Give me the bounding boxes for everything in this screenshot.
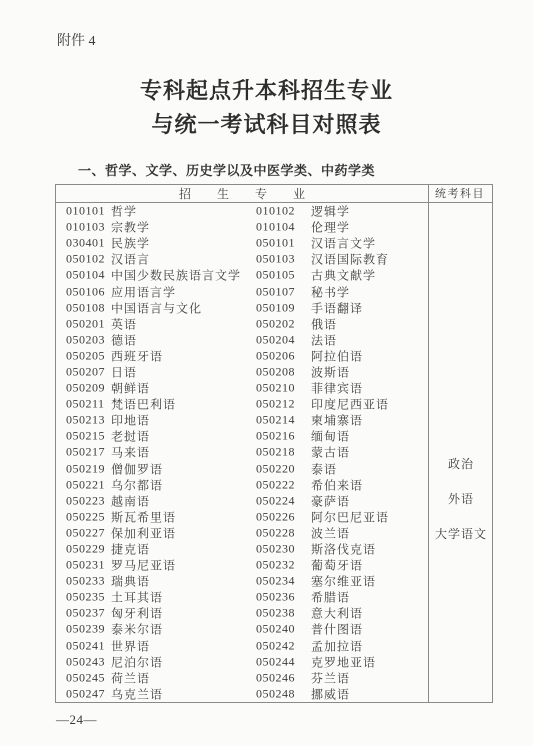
major-code: 050226 xyxy=(256,509,295,524)
major-code: 050219 xyxy=(66,461,105,476)
major-name: 泰语 xyxy=(311,460,337,477)
table-row: 050207日语050208波斯语 xyxy=(56,364,428,380)
major-code: 050205 xyxy=(66,348,105,363)
major-name: 伦理学 xyxy=(311,219,350,236)
major-code: 050109 xyxy=(256,300,295,315)
major-code: 050225 xyxy=(66,509,105,524)
major-name: 波兰语 xyxy=(311,524,350,541)
table-row: 050104中国少数民族语言文学050105古典文献学 xyxy=(56,267,428,283)
table-row: 050106应用语言学050107秘书学 xyxy=(56,283,428,299)
major-name: 秘书学 xyxy=(311,283,350,300)
major-name: 斯瓦希里语 xyxy=(111,508,176,525)
table-row: 050102汉语言050103汉语国际教育 xyxy=(56,251,428,267)
major-code: 050232 xyxy=(256,558,295,573)
major-name: 挪威语 xyxy=(311,685,350,702)
major-code: 050241 xyxy=(66,638,105,653)
major-name: 菲律宾语 xyxy=(311,380,363,397)
major-code: 050240 xyxy=(256,622,295,637)
major-code: 050107 xyxy=(256,284,295,299)
page-number: —24— xyxy=(56,712,97,728)
major-name: 匈牙利语 xyxy=(111,605,163,622)
major-code: 050216 xyxy=(256,429,295,444)
table-row: 050225斯瓦希里语050226阿尔巴尼亚语 xyxy=(56,509,428,525)
major-code: 050222 xyxy=(256,477,295,492)
major-name: 英语 xyxy=(111,315,137,332)
major-name: 荷兰语 xyxy=(111,669,150,686)
major-name: 缅甸语 xyxy=(311,428,350,445)
major-code: 050248 xyxy=(256,686,295,701)
major-name: 斯洛伐克语 xyxy=(311,541,376,558)
major-name: 普什图语 xyxy=(311,621,363,638)
major-code: 050217 xyxy=(66,445,105,460)
major-name: 希伯来语 xyxy=(311,476,363,493)
major-name: 德语 xyxy=(111,331,137,348)
major-name: 日语 xyxy=(111,363,137,380)
major-name: 豪萨语 xyxy=(311,492,350,509)
major-name: 尼泊尔语 xyxy=(111,653,163,670)
majors-table: 招生专业 统考科目 010101哲学010102逻辑学010103宗教学0101… xyxy=(55,184,493,703)
major-name: 芬兰语 xyxy=(311,669,350,686)
table-row: 050227保加利亚语050228波兰语 xyxy=(56,525,428,541)
major-code: 050206 xyxy=(256,348,295,363)
major-code: 050215 xyxy=(66,429,105,444)
major-code: 050233 xyxy=(66,574,105,589)
major-name: 保加利亚语 xyxy=(111,524,176,541)
major-code: 050201 xyxy=(66,316,105,331)
major-name: 塞尔维亚语 xyxy=(311,573,376,590)
major-name: 乌克兰语 xyxy=(111,685,163,702)
major-code: 050235 xyxy=(66,590,105,605)
major-code: 050214 xyxy=(256,413,295,428)
major-name: 朝鲜语 xyxy=(111,380,150,397)
major-code: 050234 xyxy=(256,574,295,589)
major-name: 泰米尔语 xyxy=(111,621,163,638)
major-name: 捷克语 xyxy=(111,541,150,558)
major-code: 010102 xyxy=(256,204,295,219)
major-code: 050245 xyxy=(66,670,105,685)
major-name: 波斯语 xyxy=(311,363,350,380)
subjects-column: 政治 外语 大学语文 xyxy=(429,203,493,702)
table-row: 050209朝鲜语050210菲律宾语 xyxy=(56,380,428,396)
major-code: 050224 xyxy=(256,493,295,508)
major-name: 世界语 xyxy=(111,637,150,654)
major-code: 050229 xyxy=(66,542,105,557)
major-name: 老挝语 xyxy=(111,428,150,445)
table-row: 050217马来语050218蒙古语 xyxy=(56,444,428,460)
major-name: 土耳其语 xyxy=(111,589,163,606)
major-name: 罗马尼亚语 xyxy=(111,557,176,574)
major-code: 050247 xyxy=(66,686,105,701)
attachment-label: 附件 4 xyxy=(57,30,96,50)
major-code: 050106 xyxy=(66,284,105,299)
major-code: 050213 xyxy=(66,413,105,428)
major-code: 050218 xyxy=(256,445,295,460)
major-name: 梵语巴利语 xyxy=(111,396,176,413)
table-row: 050201英语050202俄语 xyxy=(56,316,428,332)
table-row: 050108中国语言与文化050109手语翻译 xyxy=(56,300,428,316)
major-code: 050242 xyxy=(256,638,295,653)
major-code: 050204 xyxy=(256,332,295,347)
major-name: 民族学 xyxy=(111,235,150,252)
major-code: 050209 xyxy=(66,381,105,396)
major-name: 中国少数民族语言文学 xyxy=(111,267,241,284)
major-name: 手语翻译 xyxy=(311,299,363,316)
major-code: 050230 xyxy=(256,542,295,557)
table-row: 050241世界语050242孟加拉语 xyxy=(56,638,428,654)
major-code: 010103 xyxy=(66,220,105,235)
table-row: 050239泰米尔语050240普什图语 xyxy=(56,621,428,637)
table-rows: 010101哲学010102逻辑学010103宗教学010104伦理学03040… xyxy=(56,203,428,702)
major-name: 乌尔都语 xyxy=(111,476,163,493)
major-name: 僧伽罗语 xyxy=(111,460,163,477)
table-row: 010101哲学010102逻辑学 xyxy=(56,203,428,219)
major-code: 050246 xyxy=(256,670,295,685)
major-code: 050101 xyxy=(256,236,295,251)
table-row: 050213印地语050214柬埔寨语 xyxy=(56,412,428,428)
major-code: 050210 xyxy=(256,381,295,396)
major-name: 孟加拉语 xyxy=(311,637,363,654)
document-page: 附件 4 专科起点升本科招生专业 与统一考试科目对照表 一、哲学、文学、历史学以… xyxy=(0,0,533,746)
header-enrollment-majors: 招生专业 xyxy=(56,185,428,202)
major-name: 克罗地亚语 xyxy=(311,653,376,670)
major-code: 010104 xyxy=(256,220,295,235)
document-title: 专科起点升本科招生专业 与统一考试科目对照表 xyxy=(0,74,533,142)
major-code: 050239 xyxy=(66,622,105,637)
major-name: 蒙古语 xyxy=(311,444,350,461)
table-row: 050231罗马尼亚语050232葡萄牙语 xyxy=(56,557,428,573)
major-name: 西班牙语 xyxy=(111,347,163,364)
table-row: 050203德语050204法语 xyxy=(56,332,428,348)
table-row: 050219僧伽罗语050220泰语 xyxy=(56,461,428,477)
major-code: 050203 xyxy=(66,332,105,347)
major-code: 050238 xyxy=(256,606,295,621)
major-name: 葡萄牙语 xyxy=(311,557,363,574)
major-name: 印度尼西亚语 xyxy=(311,396,389,413)
major-name: 法语 xyxy=(311,331,337,348)
major-code: 050223 xyxy=(66,493,105,508)
major-code: 050220 xyxy=(256,461,295,476)
major-name: 阿尔巴尼亚语 xyxy=(311,508,389,525)
major-code: 050105 xyxy=(256,268,295,283)
major-name: 希腊语 xyxy=(311,589,350,606)
major-code: 050208 xyxy=(256,364,295,379)
table-row: 050215老挝语050216缅甸语 xyxy=(56,428,428,444)
table-row: 050233瑞典语050234塞尔维亚语 xyxy=(56,573,428,589)
major-code: 050103 xyxy=(256,252,295,267)
major-code: 050243 xyxy=(66,654,105,669)
major-code: 050221 xyxy=(66,477,105,492)
major-code: 050211 xyxy=(66,397,105,412)
major-name: 逻辑学 xyxy=(311,203,350,220)
major-code: 050212 xyxy=(256,397,295,412)
header-unified-exam-subjects: 统考科目 xyxy=(428,185,492,202)
title-line-1: 专科起点升本科招生专业 xyxy=(0,74,533,108)
major-name: 印地语 xyxy=(111,412,150,429)
major-code: 050237 xyxy=(66,606,105,621)
major-code: 050228 xyxy=(256,525,295,540)
table-row: 050243尼泊尔语050244克罗地亚语 xyxy=(56,654,428,670)
major-name: 哲学 xyxy=(111,203,137,220)
major-code: 050207 xyxy=(66,364,105,379)
major-code: 010101 xyxy=(66,204,105,219)
major-code: 050244 xyxy=(256,654,295,669)
table-body: 010101哲学010102逻辑学010103宗教学010104伦理学03040… xyxy=(56,203,492,702)
major-name: 宗教学 xyxy=(111,219,150,236)
table-row: 030401民族学050101汉语言文学 xyxy=(56,235,428,251)
subject-politics: 政治 xyxy=(429,455,493,472)
major-name: 俄语 xyxy=(311,315,337,332)
major-name: 阿拉伯语 xyxy=(311,347,363,364)
table-header-row: 招生专业 统考科目 xyxy=(56,185,492,203)
major-code: 050231 xyxy=(66,558,105,573)
table-row: 010103宗教学010104伦理学 xyxy=(56,219,428,235)
major-name: 意大利语 xyxy=(311,605,363,622)
table-row: 050205西班牙语050206阿拉伯语 xyxy=(56,348,428,364)
table-row: 050223越南语050224豪萨语 xyxy=(56,493,428,509)
major-code: 050102 xyxy=(66,252,105,267)
major-name: 汉语言 xyxy=(111,251,150,268)
major-code: 050227 xyxy=(66,525,105,540)
section-heading: 一、哲学、文学、历史学以及中医学类、中药学类 xyxy=(78,160,375,179)
major-name: 古典文献学 xyxy=(311,267,376,284)
major-code: 050236 xyxy=(256,590,295,605)
table-row: 050229捷克语050230斯洛伐克语 xyxy=(56,541,428,557)
major-name: 柬埔寨语 xyxy=(311,412,363,429)
major-name: 汉语国际教育 xyxy=(311,251,389,268)
major-name: 马来语 xyxy=(111,444,150,461)
table-row: 050247乌克兰语050248挪威语 xyxy=(56,686,428,702)
major-code: 050104 xyxy=(66,268,105,283)
major-code: 050108 xyxy=(66,300,105,315)
major-code: 030401 xyxy=(66,236,105,251)
title-line-2: 与统一考试科目对照表 xyxy=(0,108,533,142)
major-name: 中国语言与文化 xyxy=(111,299,202,316)
table-row: 050245荷兰语050246芬兰语 xyxy=(56,670,428,686)
subject-college-chinese: 大学语文 xyxy=(429,525,493,542)
subject-foreign-language: 外语 xyxy=(429,490,493,507)
table-row: 050235土耳其语050236希腊语 xyxy=(56,589,428,605)
major-name: 瑞典语 xyxy=(111,573,150,590)
major-code: 050202 xyxy=(256,316,295,331)
table-row: 050211梵语巴利语050212印度尼西亚语 xyxy=(56,396,428,412)
table-row: 050221乌尔都语050222希伯来语 xyxy=(56,477,428,493)
major-name: 汉语言文学 xyxy=(311,235,376,252)
major-name: 应用语言学 xyxy=(111,283,176,300)
table-row: 050237匈牙利语050238意大利语 xyxy=(56,605,428,621)
major-name: 越南语 xyxy=(111,492,150,509)
